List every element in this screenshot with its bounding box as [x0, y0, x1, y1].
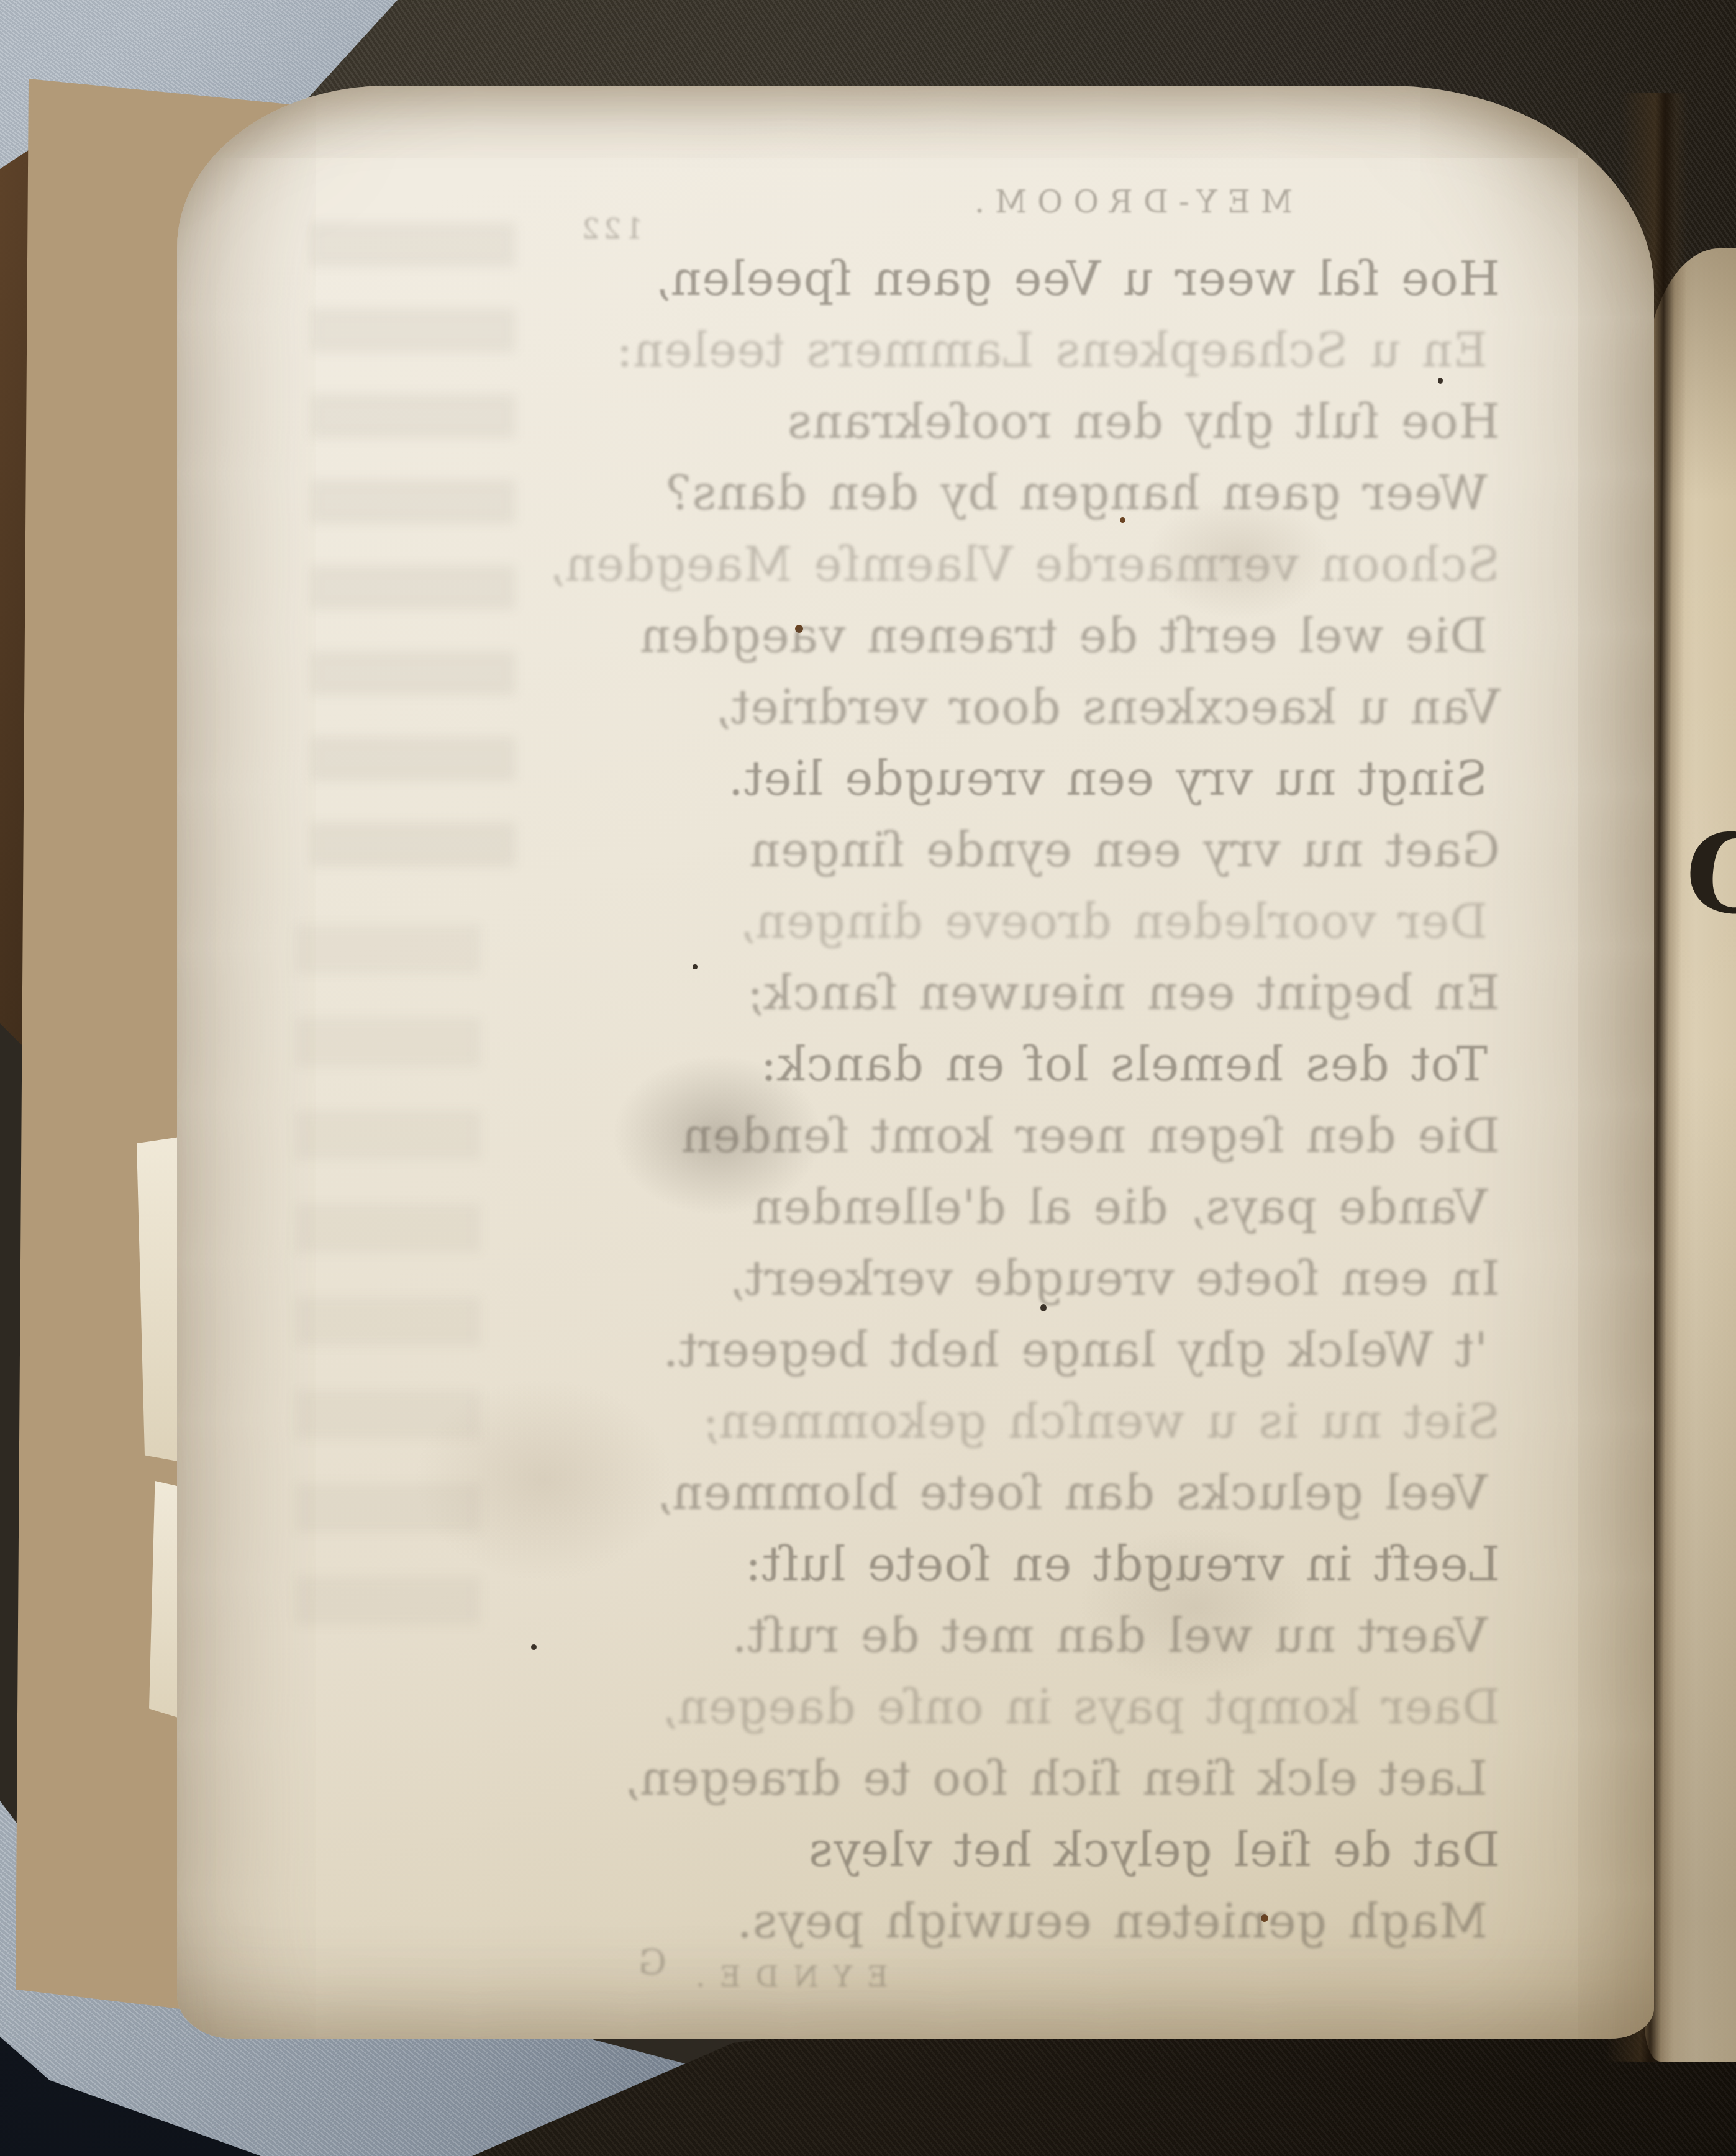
poem-line: Laet elck ſien ſich ſoo te draegen, [202, 1751, 1488, 1822]
poem-line: Daer kompt pays in onſe daegen, [202, 1679, 1500, 1751]
left-page-blank-verso: 122 MEY-DROOM. Hoe ſal weer u Vee gaen ſ… [177, 86, 1654, 2039]
photo-open-book: C 122 MEY-DROOM. Hoe ſal weer u Vee gaen… [0, 0, 1736, 2156]
showthrough-text-mirrored: 122 MEY-DROOM. Hoe ſal weer u Vee gaen ſ… [177, 86, 1654, 2039]
poem-line: Siet nu is u wenſch gekommen; [202, 1393, 1500, 1465]
poem: Hoe ſal weer u Vee gaen ſpeelen,En u Sch… [202, 251, 1500, 1965]
poem-line: En begint een nieuwen ſanck; [202, 965, 1500, 1036]
poem-line: Dat de ſiel gelyck het vleys [202, 1822, 1500, 1893]
poem-line: Schoon vermaerde Vlaemſe Maegden, [202, 537, 1500, 608]
poem-line: Weer gaen hangen by den dans? [202, 465, 1488, 537]
poem-line: Der voorleden droeve dingen, [202, 894, 1488, 965]
end-mark: EYNDE. [676, 1960, 893, 1993]
catchword: G [639, 1942, 666, 1983]
running-head: MEY-DROOM. [1013, 184, 1293, 220]
poem-line: In een ſoete vreugde verkeert, [202, 1251, 1500, 1322]
poem-line: Singt nu vry een vreugde liet. [202, 751, 1488, 822]
poem-line: Vande pays, die al d'ellenden [202, 1179, 1488, 1251]
poem-line: Hoe ſult ghy den rooſekrans [202, 394, 1500, 465]
poem-line: Veel gelucks dan ſoete blommen, [202, 1465, 1488, 1536]
poem-line: En u Schaepkens Lammers teelen: [202, 322, 1488, 394]
page-number: 122 [568, 214, 643, 245]
poem-line: Die den ſegen neer komt ſenden [202, 1108, 1500, 1179]
poem-line: 't Welck ghy lange hebt begeert. [202, 1322, 1488, 1393]
poem-line: Magh genieten eeuwigh peys. [202, 1893, 1488, 1965]
poem-line: Tot des hemels lof en danck: [202, 1036, 1488, 1108]
poem-line: Vaert nu wel dan met de ruſt. [202, 1608, 1488, 1679]
poem-line: Van u kaecxkens door verdriet, [202, 679, 1500, 751]
poem-line: Leeft in vreugdt en ſoete luſt: [202, 1536, 1500, 1608]
poem-line: Die wel eerſt de traenen vaegden [202, 608, 1488, 679]
poem-line: Hoe ſal weer u Vee gaen ſpeelen, [202, 251, 1500, 322]
poem-line: Gaet nu vry een eynde ſingen [202, 822, 1500, 894]
